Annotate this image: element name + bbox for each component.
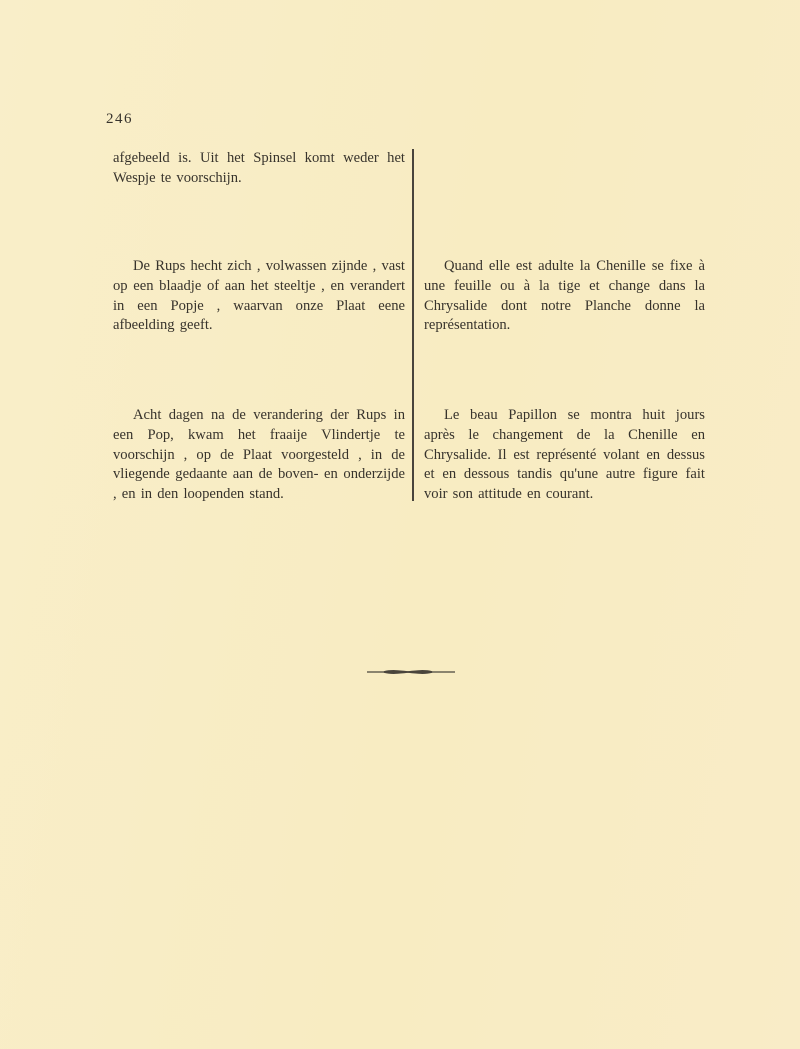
paragraph-french-chenille: Quand elle est adulte la Chenille se fix… — [424, 257, 705, 336]
column-divider-rule — [412, 149, 414, 501]
page-number: 246 — [106, 111, 133, 128]
fleuron-divider-icon — [366, 665, 456, 679]
paragraph-dutch-continuation: afgebeeld is. Uit het Spinsel komt weder… — [113, 149, 405, 189]
paragraph-french-papillon: Le beau Papillon se montra huit jours ap… — [424, 406, 705, 505]
paragraph-dutch-rups: De Rups hecht zich , volwassen zijnde , … — [113, 257, 405, 336]
paragraph-dutch-vlindertje: Acht dagen na de verandering der Rups in… — [113, 406, 405, 505]
book-page: 246 afgebeeld is. Uit het Spinsel komt w… — [0, 0, 800, 1049]
